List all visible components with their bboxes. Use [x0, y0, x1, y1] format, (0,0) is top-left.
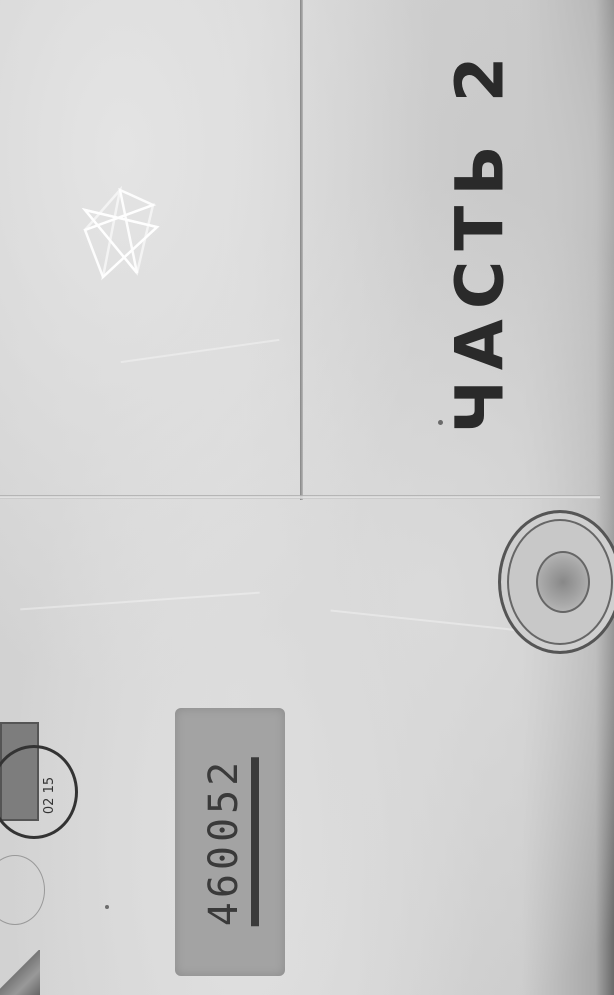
horizontal-fold-line: [0, 495, 600, 499]
vertical-fold-line: [300, 0, 303, 500]
label-number: 460052: [201, 758, 259, 927]
seven-pointed-star-icon: [75, 185, 165, 285]
number-label: 460052: [175, 708, 285, 976]
section-title-area: ЧАСТЬ 2: [430, 30, 530, 450]
official-seal: [498, 510, 614, 654]
corner-stamp-fragment: [0, 950, 40, 995]
postmark-date: 02 15: [42, 777, 57, 814]
ink-spot: [105, 905, 109, 909]
section-title: ЧАСТЬ 2: [442, 46, 519, 433]
seal-emblem-icon: [536, 551, 590, 613]
